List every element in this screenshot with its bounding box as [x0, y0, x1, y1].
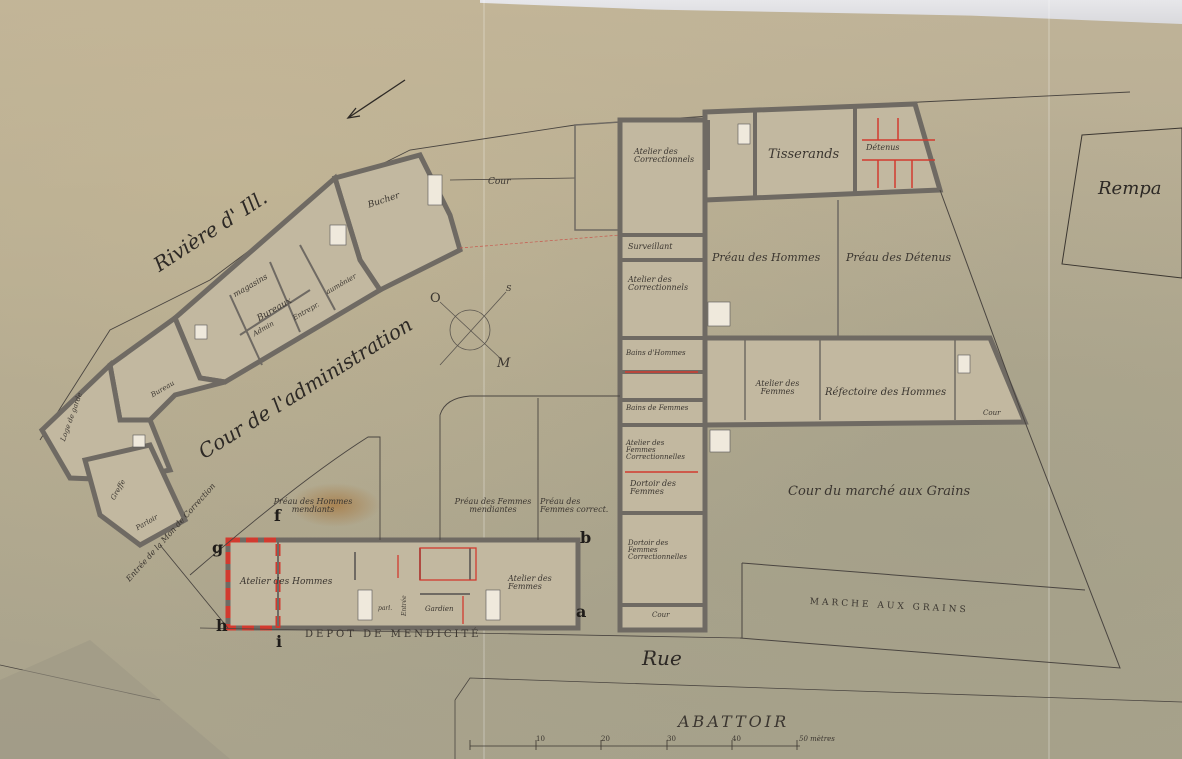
building-label-abattoir: ABATTOIR — [678, 714, 789, 730]
scale-tick-label: 30 — [667, 735, 676, 743]
section-letter-h: h — [216, 618, 228, 634]
room-label-atelier-femmes: Atelier des Femmes — [750, 380, 805, 396]
small-court-label: Cour — [652, 612, 669, 619]
compass-icon — [440, 292, 506, 365]
room-label-dortoir-femmes: Dortoir des Femmes — [630, 480, 680, 496]
courtyard-market-label: Cour du marché aux Grains — [788, 485, 970, 498]
section-letter-a: a — [576, 604, 586, 620]
map-sheet: Rivière d' Ill. Cour de l'administration… — [0, 0, 1182, 759]
compass-midi-label: M — [497, 357, 510, 370]
room-label-atelier-femmes-corr: Atelier des Femmes Correctionnelles — [626, 440, 696, 461]
section-letter-i: i — [276, 634, 282, 650]
scale-bar — [470, 740, 800, 750]
room-label-atelier-corr: Atelier des Correctionnels — [634, 148, 694, 164]
floor-plan-drawing — [0, 0, 1182, 759]
compass-south-label: S — [506, 285, 511, 293]
area-label-rempart: Rempa — [1098, 180, 1162, 198]
scale-tick-label: 50 mètres — [799, 735, 835, 743]
yard-label-preau-detenus: Préau des Détenus — [846, 252, 951, 263]
building-label-depot: DEPOT DE MENDICITÉ — [305, 630, 481, 640]
section-letter-g: g — [212, 540, 223, 556]
room-label-atelier-femmes-bottom: Atelier des Femmes — [508, 575, 568, 591]
yard-label-preau-femmes-mendiantes: Préau des Femmes mendiantes — [448, 498, 538, 514]
section-letter-f: f — [274, 508, 281, 524]
small-court-label: Cour — [983, 410, 1000, 417]
room-label-bains-femmes: Bains de Femmes — [626, 405, 688, 412]
room-label-entree-bottom: Entrée — [402, 595, 408, 616]
section-letter-b: b — [580, 530, 591, 546]
room-label-tisserands: Tisserands — [768, 148, 839, 161]
scale-tick-label: 40 — [732, 735, 741, 743]
room-label-atelier-corr-2: Atelier des Correctionnels — [628, 276, 698, 292]
street-label-rue: Rue — [642, 648, 682, 668]
room-label-dortoir-femmes-corr: Dortoir des Femmes Correctionnelles — [628, 540, 698, 561]
yard-label-preau-femmes-corr: Préau des Femmes correct. — [540, 498, 610, 514]
compass-west-label: O — [430, 292, 441, 305]
scale-tick-label: 10 — [536, 735, 545, 743]
courtyard-label: Cour — [488, 178, 510, 187]
room-label-parloir-bottom: parl. — [378, 606, 392, 612]
room-label-gardien: Gardien — [425, 606, 453, 613]
room-label-refectoire: Réfectoire des Hommes — [825, 388, 946, 398]
room-label-surveillant: Surveillant — [628, 243, 673, 251]
yard-label-preau-hommes: Préau des Hommes — [712, 252, 820, 263]
flow-arrow-icon — [348, 80, 405, 118]
scale-tick-label: 20 — [601, 735, 610, 743]
room-label-bains-hommes: Bains d'Hommes — [626, 350, 686, 357]
room-label-cellules: Détenus — [866, 144, 900, 152]
room-label-atelier-hommes: Atelier des Hommes — [240, 578, 332, 587]
